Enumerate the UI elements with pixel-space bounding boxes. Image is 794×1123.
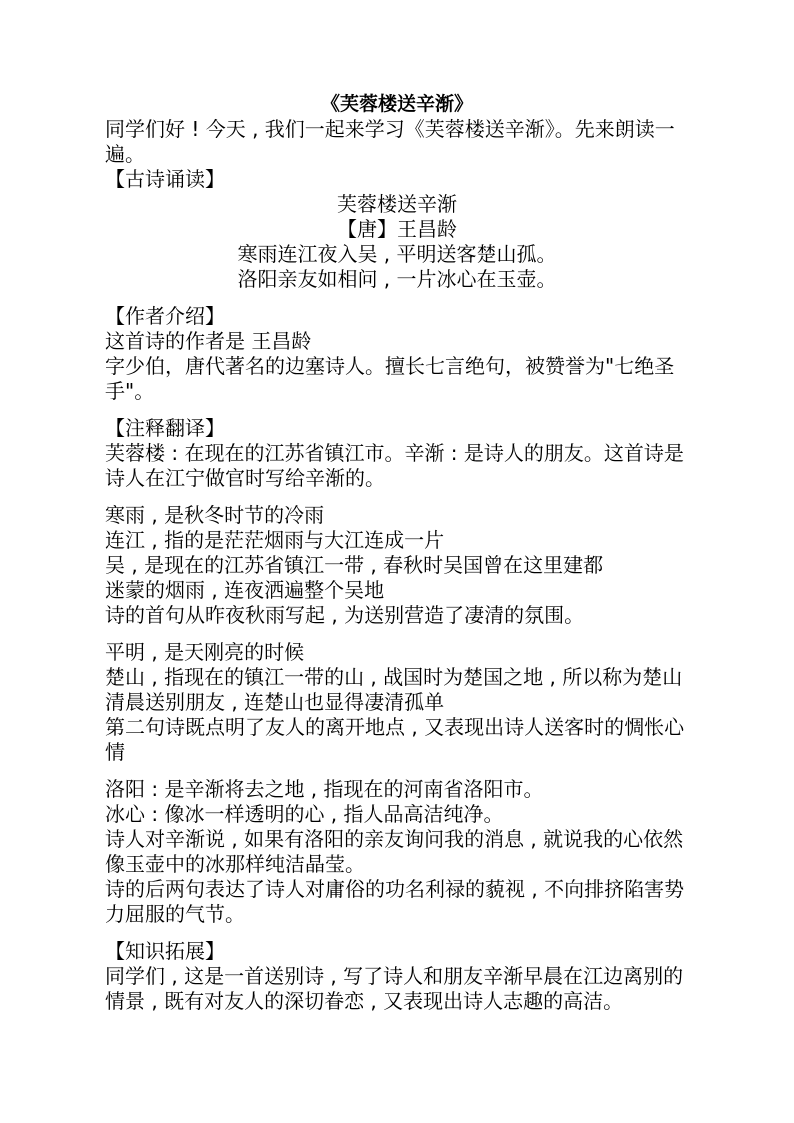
- paragraph-gap: [105, 765, 689, 777]
- doc-line: 诗人对辛渐说 , 如果有洛阳的亲友询问我的消息 , 就说我的心依然: [105, 827, 689, 852]
- doc-line: 力屈服的气节。: [105, 902, 689, 927]
- doc-line: 同学们 , 这是一首送别诗 , 写了诗人和朋友辛渐早晨在江边离别的: [105, 964, 689, 989]
- doc-line: 诗的首句从昨夜秋雨写起 , 为送别营造了凄清的氛围。: [105, 603, 689, 628]
- doc-line: 情: [105, 740, 689, 765]
- doc-line: 寒雨连江夜入吴 , 平明送客楚山孤。: [105, 242, 689, 267]
- doc-line: 诗人在江宁做官时写给辛渐的。: [105, 466, 689, 491]
- doc-line: 洛阳 : 是辛渐将去之地 , 指现在的河南省洛阳市。: [105, 777, 689, 802]
- paragraph-gap: [105, 927, 689, 939]
- document-page: 《芙蓉楼送辛渐》同学们好 ! 今天 , 我们一起来学习《芙蓉楼送辛渐》。先来朗读…: [0, 0, 794, 1123]
- doc-line: 这首诗的作者是 王昌龄: [105, 329, 689, 354]
- doc-line: 字少伯，唐代著名的边塞诗人。擅长七言绝句，被赞誉为"七绝圣: [105, 354, 689, 379]
- doc-line: 楚山 , 指现在的镇江一带的山 , 战国时为楚国之地 , 所以称为楚山: [105, 665, 689, 690]
- doc-line: 寒雨 , 是秋冬时节的冷雨: [105, 503, 689, 528]
- doc-line: 第二句诗既点明了友人的离开地点 , 又表现出诗人送客时的惆怅心: [105, 715, 689, 740]
- doc-title: 《芙蓉楼送辛渐》: [105, 92, 689, 117]
- document-body: 《芙蓉楼送辛渐》同学们好 ! 今天 , 我们一起来学习《芙蓉楼送辛渐》。先来朗读…: [105, 92, 689, 1014]
- paragraph-gap: [105, 292, 689, 304]
- doc-line: 【古诗诵读】: [105, 167, 689, 192]
- doc-line: 连江 , 指的是茫茫烟雨与大江连成一片: [105, 528, 689, 553]
- doc-line: 迷蒙的烟雨 , 连夜洒遍整个吴地: [105, 578, 689, 603]
- paragraph-gap: [105, 628, 689, 640]
- doc-line: 【唐】王昌龄: [105, 217, 689, 242]
- doc-line: 清晨送别朋友 , 连楚山也显得凄清孤单: [105, 690, 689, 715]
- doc-line: 诗的后两句表达了诗人对庸俗的功名利禄的藐视 , 不向排挤陷害势: [105, 877, 689, 902]
- doc-line: 遍。: [105, 142, 689, 167]
- doc-line: 【知识拓展】: [105, 939, 689, 964]
- doc-line: 【作者介绍】: [105, 304, 689, 329]
- doc-line: 手"。: [105, 379, 689, 404]
- doc-line: 芙蓉楼送辛渐: [105, 192, 689, 217]
- doc-line: 【注释翻译】: [105, 416, 689, 441]
- doc-line: 情景 , 既有对友人的深切眷恋 , 又表现出诗人志趣的高洁。: [105, 989, 689, 1014]
- doc-line: 吴 , 是现在的江苏省镇江一带 , 春秋时吴国曾在这里建都: [105, 553, 689, 578]
- doc-line: 平明 , 是天刚亮的时候: [105, 640, 689, 665]
- doc-line: 同学们好 ! 今天 , 我们一起来学习《芙蓉楼送辛渐》。先来朗读一: [105, 117, 689, 142]
- paragraph-gap: [105, 404, 689, 416]
- doc-line: 像玉壶中的冰那样纯洁晶莹。: [105, 852, 689, 877]
- doc-line: 洛阳亲友如相问 , 一片冰心在玉壶。: [105, 267, 689, 292]
- doc-line: 冰心 : 像冰一样透明的心 , 指人品高洁纯净。: [105, 802, 689, 827]
- paragraph-gap: [105, 491, 689, 503]
- doc-line: 芙蓉楼 : 在现在的江苏省镇江市。辛渐 : 是诗人的朋友。这首诗是: [105, 441, 689, 466]
